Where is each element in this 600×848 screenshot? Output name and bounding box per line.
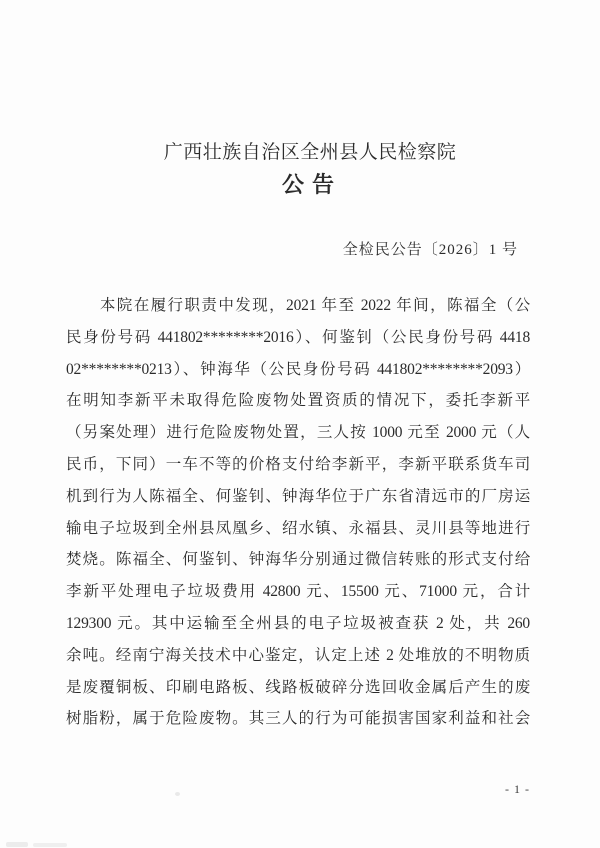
scanned-notice-page: 广西壮族自治区全州县人民检察院 公告 全检民公告〔2026〕1 号 本院在履行职…: [0, 0, 600, 848]
scan-artifact-dot: [175, 792, 180, 796]
body-text-line: 是废覆铜板、印刷电路板、线路板破碎分选回收金属后产生的废: [66, 672, 530, 704]
body-text-line: 在明知李新平未取得危险废物处置资质的情况下，委托李新平: [66, 385, 530, 417]
body-text-line: 本院在履行职责中发现，2021 年至 2022 年间，陈福全（公: [66, 290, 530, 322]
scan-artifact-smudge: [6, 842, 28, 847]
body-text-line: 焚烧。陈福全、何鉴钊、钟海华分别通过微信转账的形式支付给: [66, 544, 530, 576]
body-text-line: 民身份号码 441802********2016）、何鉴钊（公民身份号码 441…: [66, 322, 530, 354]
document-number: 全检民公告〔2026〕1 号: [66, 240, 518, 260]
page-number: - 1 -: [505, 782, 530, 797]
body-paragraph: 本院在履行职责中发现，2021 年至 2022 年间，陈福全（公民身份号码 44…: [66, 290, 530, 735]
body-text-line: （另案处理）进行危险废物处置，三人按 1000 元至 2000 元（人: [66, 417, 530, 449]
scan-artifact-smudge: [33, 843, 67, 847]
body-text-line: 输电子垃圾到全州县凤凰乡、绍水镇、永福县、灵川县等地进行: [66, 513, 530, 545]
body-text-line: 02********0213）、钟海华（公民身份号码 441802*******…: [66, 354, 530, 386]
body-text-line: 机到行为人陈福全、何鉴钊、钟海华位于广东省清远市的厂房运: [66, 481, 530, 513]
body-text-line: 李新平处理电子垃圾费用 42800 元、15500 元、71000 元，合计: [66, 576, 530, 608]
body-text-line: 129300 元。其中运输至全州县的电子垃圾被查获 2 处，共 260: [66, 608, 530, 640]
body-text-line: 树脂粉，属于危险废物。其三人的行为可能损害国家利益和社会: [66, 703, 530, 735]
issuer-name: 广西壮族自治区全州县人民检察院: [78, 140, 542, 166]
body-text-line: 余吨。经南宁海关技术中心鉴定，认定上述 2 处堆放的不明物质: [66, 640, 530, 672]
notice-title: 公告: [80, 170, 544, 200]
body-text-line: 民币，下同）一车不等的价格支付给李新平，李新平联系货车司: [66, 449, 530, 481]
